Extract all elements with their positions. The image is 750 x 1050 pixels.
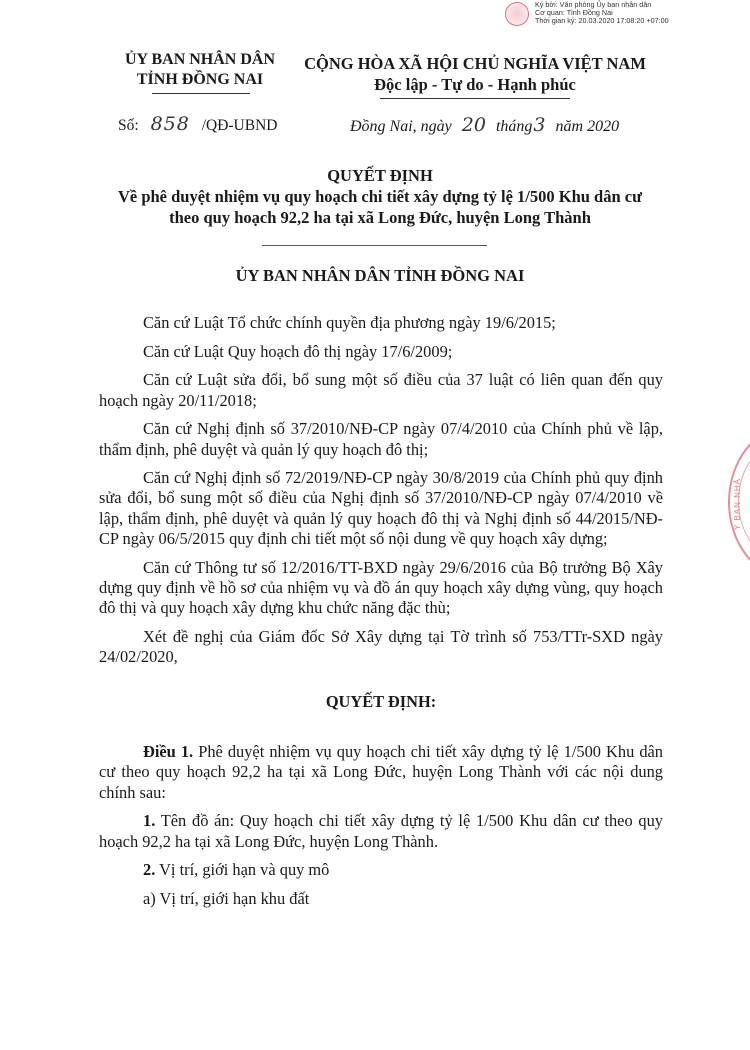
org-underline bbox=[152, 93, 250, 94]
item-2a: a) Vị trí, giới hạn khu đất bbox=[99, 889, 663, 909]
item-1-text: Tên đồ án: Quy hoạch chi tiết xây dựng t… bbox=[99, 811, 663, 850]
preamble-item: Xét đề nghị của Giám đốc Sở Xây dựng tại… bbox=[99, 627, 663, 667]
issuing-organization: ỦY BAN NHÂN DÂN TỈNH ĐỒNG NAI bbox=[100, 50, 300, 90]
preamble-item: Căn cứ Luật Quy hoạch đô thị ngày 17/6/2… bbox=[99, 342, 663, 362]
nation-line-2: Độc lập - Tự do - Hạnh phúc bbox=[300, 74, 650, 95]
preamble-item: Căn cứ Nghị định số 72/2019/NĐ-CP ngày 3… bbox=[99, 468, 663, 549]
signature-seal-icon bbox=[505, 2, 529, 26]
decision-heading: QUYẾT ĐỊNH: bbox=[99, 692, 663, 712]
date-prefix: Đồng Nai, ngày bbox=[350, 118, 452, 135]
document-number: Số: 858 /QĐ-UBND bbox=[118, 113, 277, 135]
preamble-item: Căn cứ Luật Tổ chức chính quyền địa phươ… bbox=[99, 313, 663, 333]
digital-signature-block: Ký bởi: Văn phòng Ủy ban nhân dân Cơ qua… bbox=[535, 1, 669, 26]
item-2-label: 2. bbox=[143, 860, 155, 879]
issuing-authority: ỦY BAN NHÂN DÂN TỈNH ĐỒNG NAI bbox=[80, 266, 680, 286]
article-1-label: Điều 1. bbox=[143, 742, 193, 761]
number-suffix: /QĐ-UBND bbox=[202, 117, 278, 134]
item-2-text: Vị trí, giới hạn và quy mô bbox=[155, 860, 329, 879]
number-value: 858 bbox=[151, 113, 190, 135]
org-line-1: ỦY BAN NHÂN DÂN bbox=[100, 50, 300, 70]
red-stamp-text: Y BAN NHÂ bbox=[733, 478, 742, 530]
number-label: Số: bbox=[118, 117, 139, 134]
motto-underline bbox=[380, 98, 570, 99]
title-divider bbox=[262, 245, 487, 246]
national-motto: CỘNG HÒA XÃ HỘI CHỦ NGHĨA VIỆT NAM Độc l… bbox=[300, 53, 650, 95]
date-day: 20 bbox=[462, 114, 486, 136]
date-month-label: tháng bbox=[496, 118, 532, 135]
date-year: năm 2020 bbox=[556, 118, 620, 135]
item-2: 2. Vị trí, giới hạn và quy mô bbox=[99, 860, 663, 880]
signature-time: Thời gian ký: 20.03.2020 17:08:20 +07:00 bbox=[535, 17, 669, 25]
preamble-item: Căn cứ Thông tư số 12/2016/TT-BXD ngày 2… bbox=[99, 558, 663, 619]
document-date: Đồng Nai, ngày 20 tháng3 năm 2020 bbox=[350, 114, 619, 136]
article-1: Điều 1. Phê duyệt nhiệm vụ quy hoạch chi… bbox=[99, 742, 663, 803]
title-heading: QUYẾT ĐỊNH bbox=[80, 165, 680, 186]
preamble-item: Căn cứ Nghị định số 37/2010/NĐ-CP ngày 0… bbox=[99, 419, 663, 459]
date-month: 3 bbox=[533, 114, 545, 136]
document-body: Căn cứ Luật Tổ chức chính quyền địa phươ… bbox=[99, 313, 663, 918]
item-1-label: 1. bbox=[143, 811, 155, 830]
document-title: QUYẾT ĐỊNH Về phê duyệt nhiệm vụ quy hoạ… bbox=[80, 165, 680, 228]
title-subject-1: Về phê duyệt nhiệm vụ quy hoạch chi tiết… bbox=[80, 186, 680, 207]
preamble-item: Căn cứ Luật sửa đổi, bổ sung một số điều… bbox=[99, 370, 663, 410]
nation-line-1: CỘNG HÒA XÃ HỘI CHỦ NGHĨA VIỆT NAM bbox=[300, 53, 650, 74]
org-line-2: TỈNH ĐỒNG NAI bbox=[100, 70, 300, 90]
item-1: 1. Tên đồ án: Quy hoạch chi tiết xây dựn… bbox=[99, 811, 663, 851]
title-subject-2: theo quy hoạch 92,2 ha tại xã Long Đức, … bbox=[80, 207, 680, 228]
